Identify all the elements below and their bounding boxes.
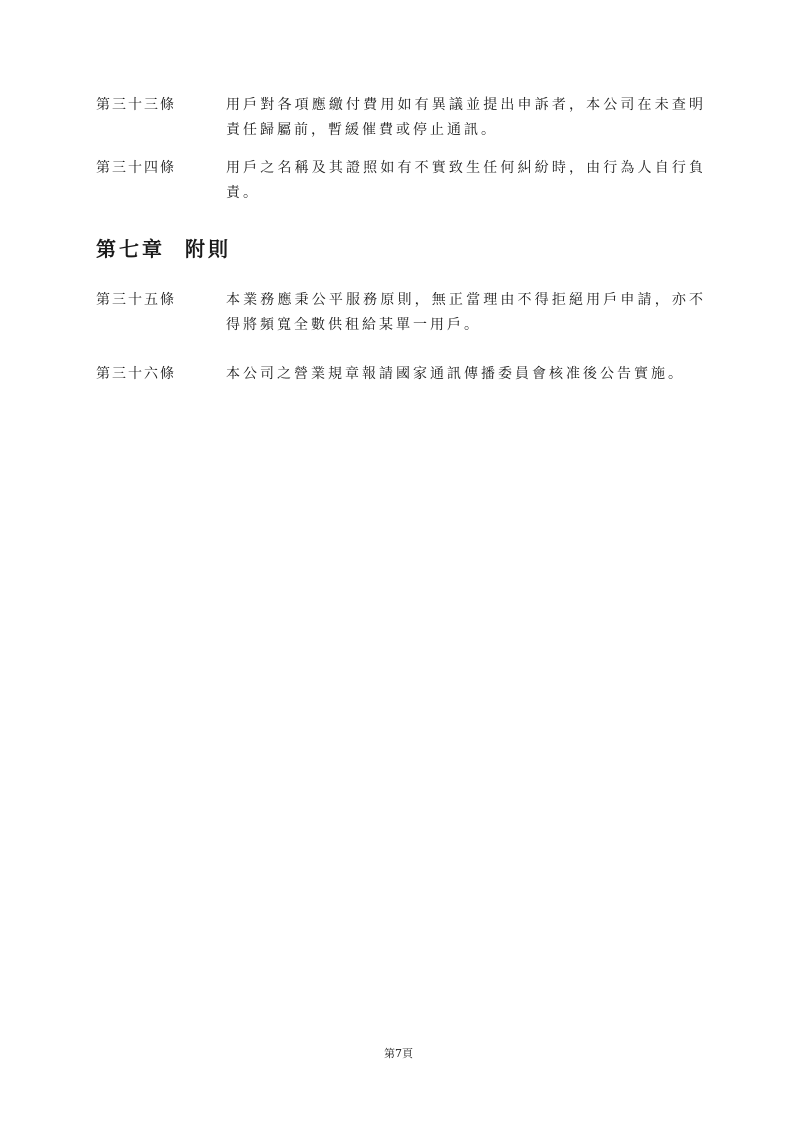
article-number: 第三十三條 [96,93,226,143]
article-36: 第三十六條 本公司之營業規章報請國家通訊傳播委員會核准後公告實施。 [96,362,706,387]
chapter-number: 第七章 [96,237,165,261]
article-text: 本公司之營業規章報請國家通訊傳播委員會核准後公告實施。 [226,362,706,387]
article-text: 用戶對各項應繳付費用如有異議並提出申訴者，本公司在未查明責任歸屬前，暫緩催費或停… [226,93,706,143]
chapter-heading: 第七章附則 [96,233,231,262]
article-text: 本業務應秉公平服務原則，無正當理由不得拒絕用戶申請，亦不得將頻寬全數供租給某單一… [226,288,706,338]
article-35: 第三十五條 本業務應秉公平服務原則，無正當理由不得拒絕用戶申請，亦不得將頻寬全數… [96,288,706,338]
document-page: 第三十三條 用戶對各項應繳付費用如有異議並提出申訴者，本公司在未查明責任歸屬前，… [0,0,797,1125]
page-number: 第7頁 [0,1045,797,1061]
article-33: 第三十三條 用戶對各項應繳付費用如有異議並提出申訴者，本公司在未查明責任歸屬前，… [96,93,706,143]
chapter-title: 附則 [185,237,231,261]
article-text: 用戶之名稱及其證照如有不實致生任何糾紛時，由行為人自行負責。 [226,156,706,206]
article-number: 第三十四條 [96,156,226,206]
article-number: 第三十六條 [96,362,226,387]
article-number: 第三十五條 [96,288,226,338]
article-34: 第三十四條 用戶之名稱及其證照如有不實致生任何糾紛時，由行為人自行負責。 [96,156,706,206]
